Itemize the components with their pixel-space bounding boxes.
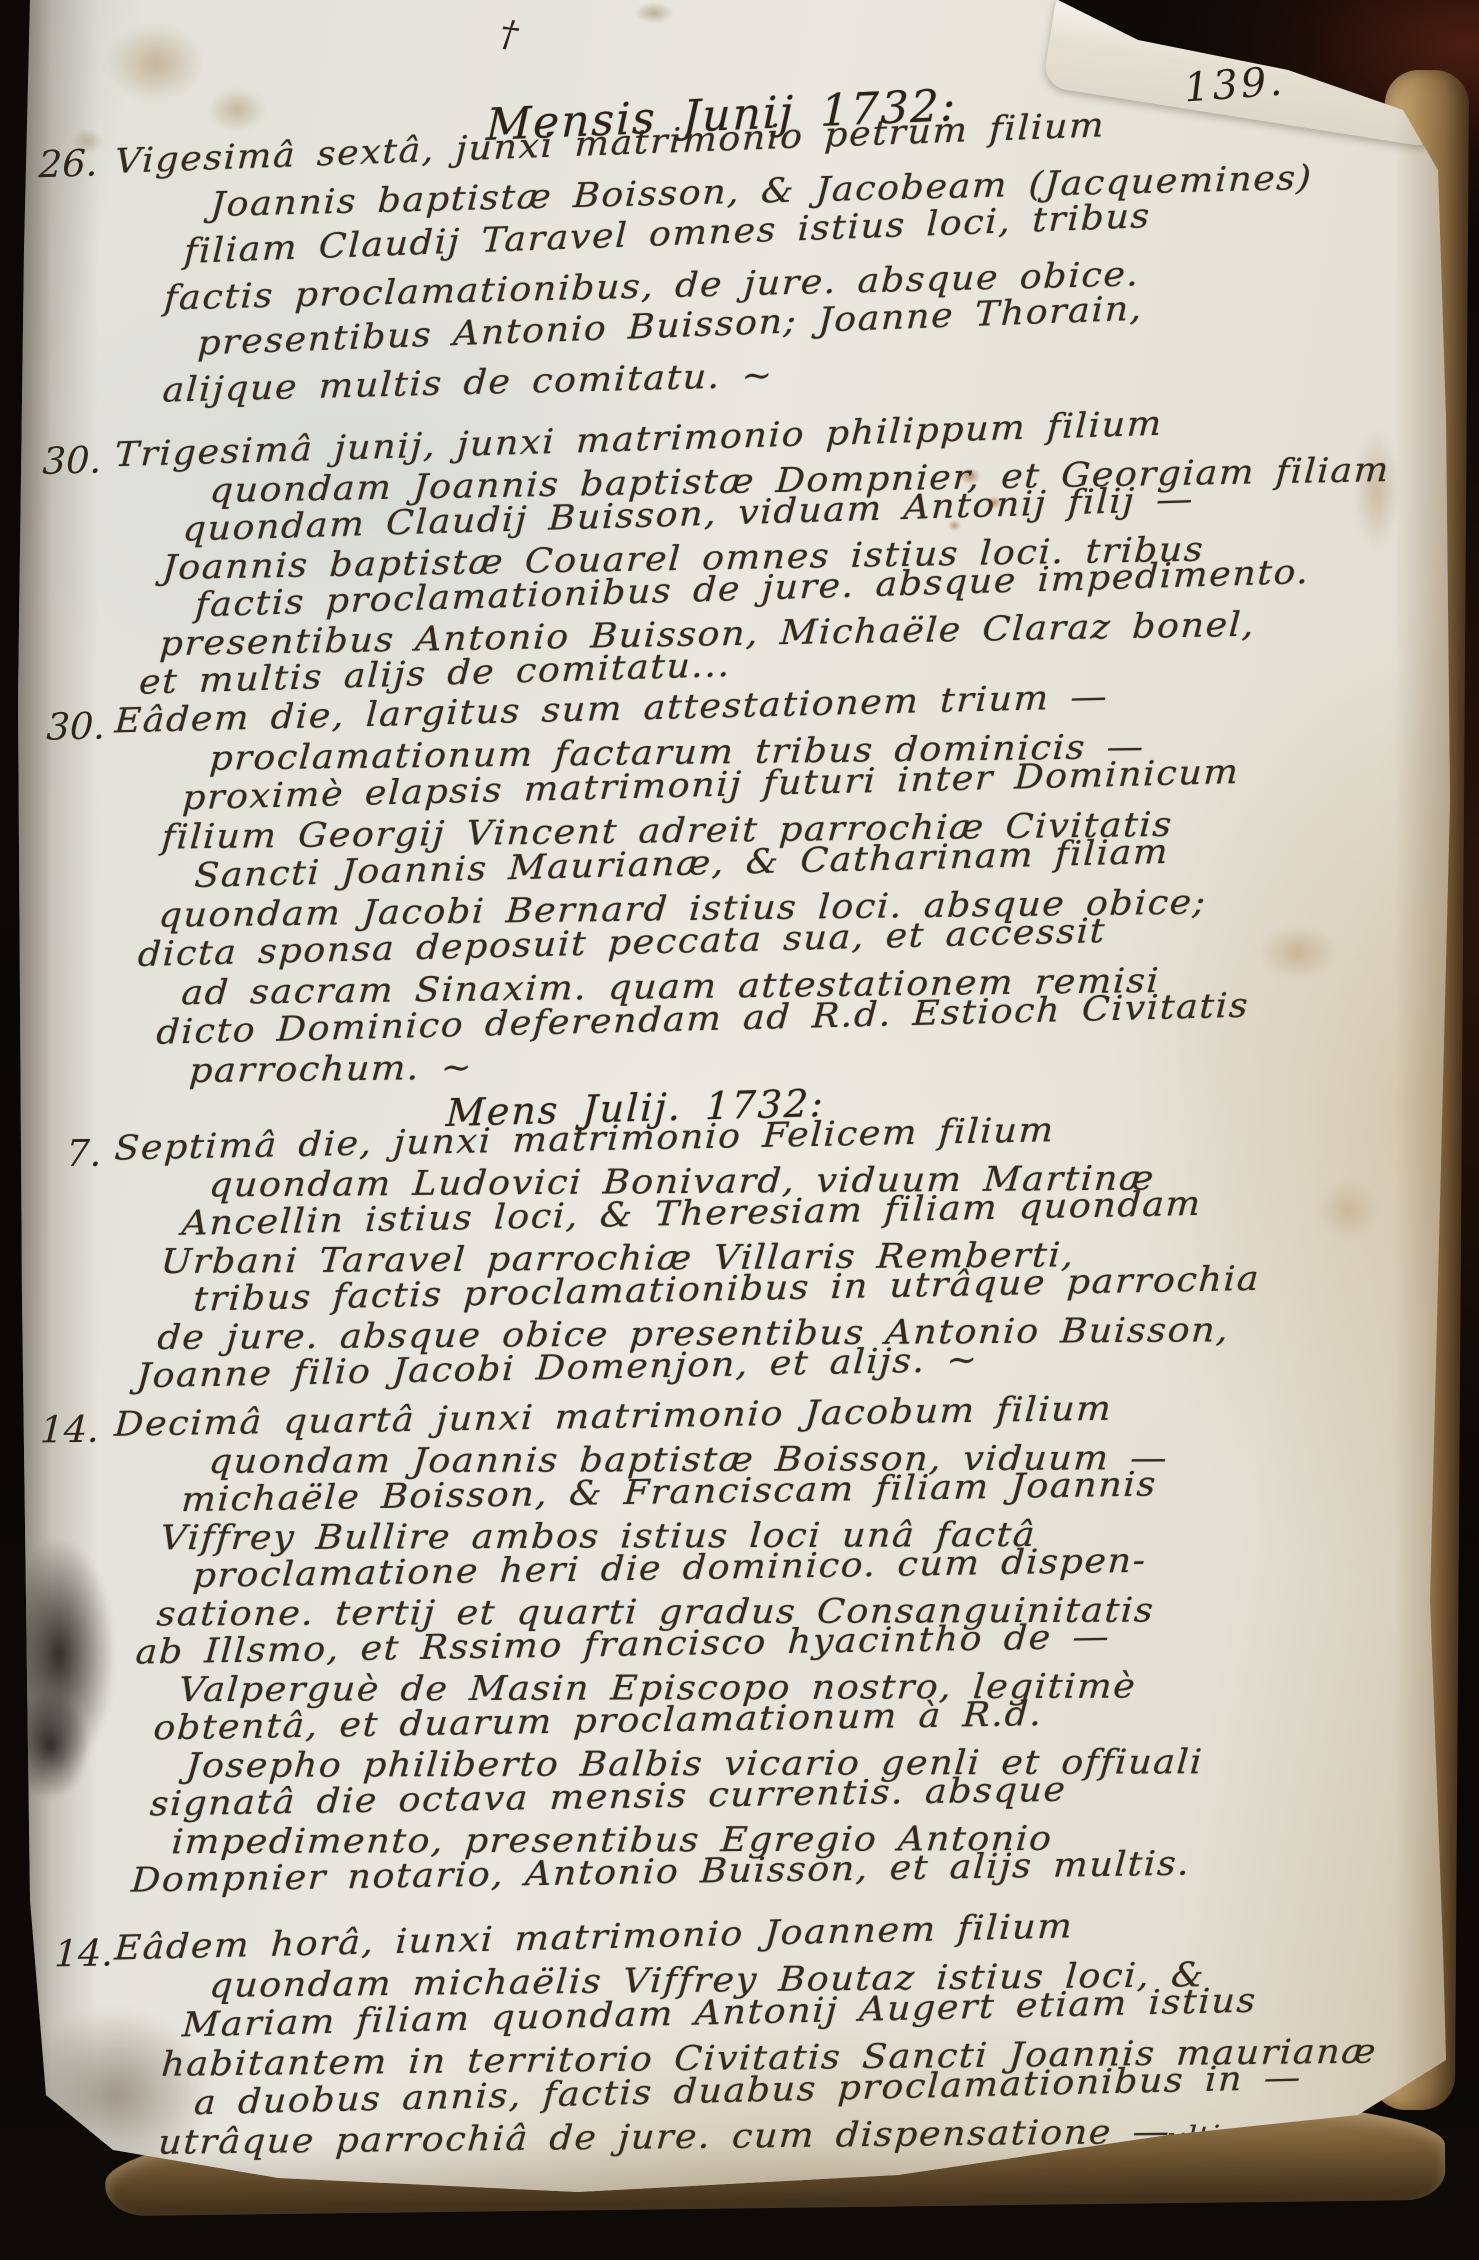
entry-day-number: 14. xyxy=(54,1931,114,1975)
register-entry: 30. Trigesimâ junij, junxi matrimonio ph… xyxy=(18,406,1456,704)
entry-day-number: 30. xyxy=(42,438,102,482)
entry-day-number: 26. xyxy=(38,141,98,186)
entry-text: Vigesimâ sextâ, junxi matrimonio petrum … xyxy=(114,100,1423,414)
register-entry: 14. Decimâ quartâ junxi matrimonio Jacob… xyxy=(18,1394,1454,1900)
manuscript-writing: † Mensis Junij 1732: 139. 26. Vigesimâ s… xyxy=(18,0,1450,2210)
entry-text: Decimâ quartâ junxi matrimonio Jacobum f… xyxy=(114,1394,1419,1899)
manuscript-page: † Mensis Junij 1732: 139. 26. Vigesimâ s… xyxy=(18,0,1450,2210)
entry-day-number: 7. xyxy=(65,1132,102,1175)
entry-text: Septimâ die, junxi matrimonio Felicem fi… xyxy=(114,1114,1418,1396)
register-entry: 30. Eâdem die, largitus sum attestatione… xyxy=(18,679,1457,1094)
cross-mark: † xyxy=(498,13,521,56)
manuscript-line: Decimâ quartâ junxi matrimonio Jacobum f… xyxy=(113,1385,1416,1444)
entry-day-number: 14. xyxy=(39,1408,100,1452)
entry-text: Trigesimâ junij, junxi matrimonio philip… xyxy=(114,407,1421,702)
register-entry: 7. Septimâ die, junxi matrimonio Felicem… xyxy=(18,1113,1453,1396)
entry-text: Eâdem die, largitus sum attestationem tr… xyxy=(114,680,1422,1093)
entry-day-number: 30. xyxy=(46,705,106,749)
register-entry: 26. Vigesimâ sextâ, junxi matrimonio pet… xyxy=(18,99,1458,417)
photograph-background: † Mensis Junij 1732: 139. 26. Vigesimâ s… xyxy=(0,0,1479,2260)
